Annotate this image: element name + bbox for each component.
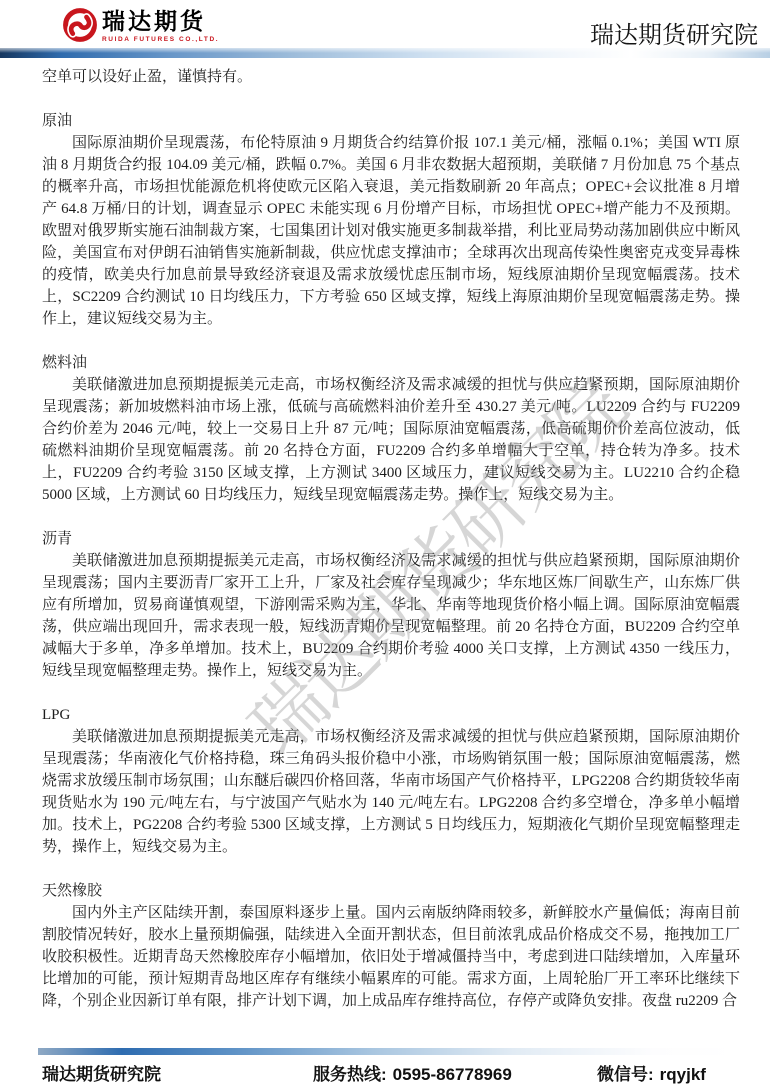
page-footer: 瑞达期货研究院 服务热线:0595-86778969 微信号:rqyjkf — [0, 1058, 770, 1086]
sections-container: 原油国际原油期价呈现震荡，布伦特原油 9 月期货合约结算价报 107.1 美元/… — [42, 110, 740, 1012]
section-body-asphalt: 美联储激进加息预期提振美元走高，市场权衡经济及需求减缓的担忧与供应趋紧预期，国际… — [42, 550, 740, 682]
footer-wechat: 微信号:rqyjkf — [597, 1060, 706, 1085]
brand-name: 瑞达期货 — [102, 9, 219, 33]
report-body: 空单可以设好止盈，谨慎持有。 原油国际原油期价呈现震荡，布伦特原油 9 月期货合… — [42, 58, 740, 1012]
intro-paragraph: 空单可以设好止盈，谨慎持有。 — [42, 66, 740, 88]
footer-institute: 瑞达期货研究院 — [42, 1060, 161, 1085]
header-divider-bar — [0, 48, 770, 58]
section-title-fuel-oil: 燃料油 — [42, 352, 740, 374]
section-title-crude-oil: 原油 — [42, 110, 740, 132]
footer-wechat-label: 微信号: — [597, 1065, 654, 1084]
section-body-natural-rubber: 国内外主产区陆续开割，泰国原料逐步上量。国内云南版纳降雨较多，新鲜胶水产量偏低；… — [42, 902, 740, 1012]
footer-hotline: 服务热线:0595-86778969 — [313, 1060, 512, 1085]
footer-wechat-id: rqyjkf — [660, 1065, 706, 1084]
footer-divider-bar — [38, 1048, 737, 1055]
report-page: 瑞达期货 RUIDA FUTURES CO.,LTD. 瑞达期货研究院 空单可以… — [0, 0, 770, 1089]
section-title-natural-rubber: 天然橡胶 — [42, 880, 740, 902]
brand-name-en: RUIDA FUTURES CO.,LTD. — [102, 36, 219, 43]
section-body-crude-oil: 国际原油期价呈现震荡，布伦特原油 9 月期货合约结算价报 107.1 美元/桶，… — [42, 132, 740, 330]
section-body-fuel-oil: 美联储激进加息预期提振美元走高，市场权衡经济及需求减缓的担忧与供应趋紧预期，国际… — [42, 374, 740, 506]
section-body-lpg: 美联储激进加息预期提振美元走高，市场权衡经济及需求减缓的担忧与供应趋紧预期，国际… — [42, 726, 740, 858]
company-logo: 瑞达期货 RUIDA FUTURES CO.,LTD. — [102, 9, 219, 43]
footer-hotline-label: 服务热线: — [313, 1065, 387, 1084]
ruida-logo-icon — [62, 7, 98, 43]
section-title-lpg: LPG — [42, 704, 740, 726]
footer-hotline-number: 0595-86778969 — [393, 1065, 512, 1084]
section-title-asphalt: 沥青 — [42, 528, 740, 550]
header-institute-title: 瑞达期货研究院 — [590, 15, 758, 50]
